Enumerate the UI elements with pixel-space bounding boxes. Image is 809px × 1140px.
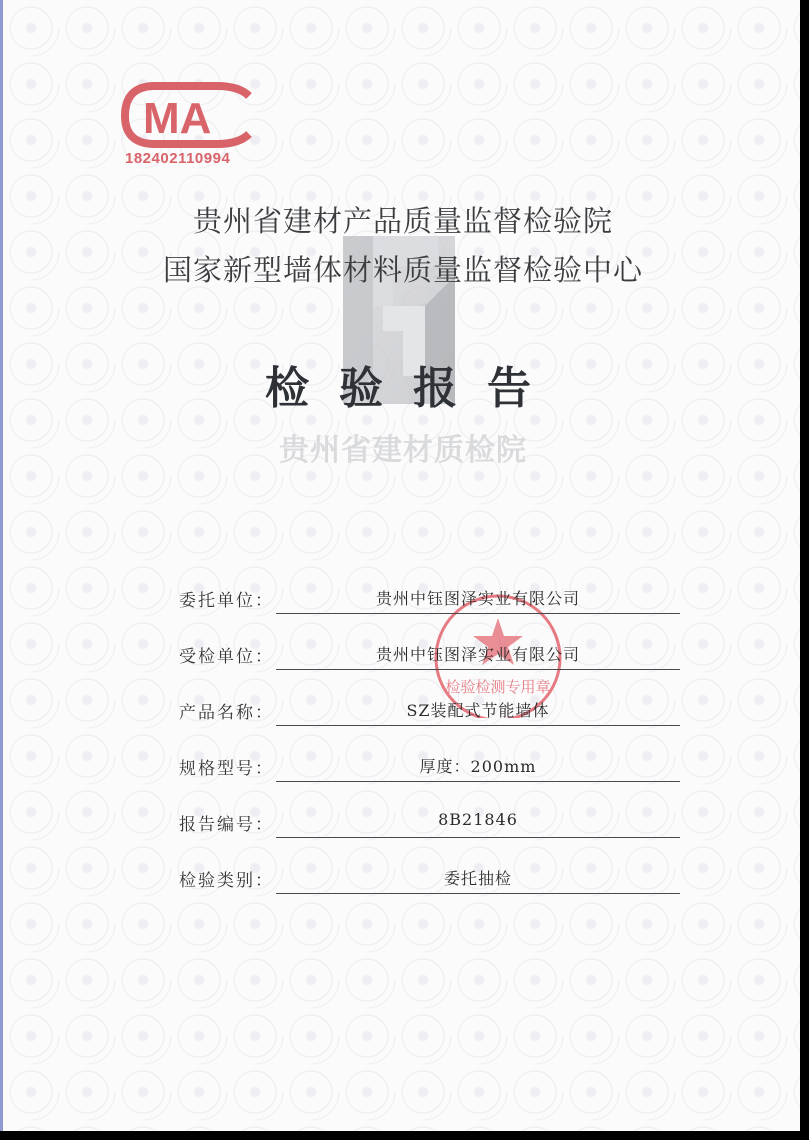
field-inspection-type: 检验类别： 委托抽检 — [179, 862, 689, 918]
field-value: SZ装配式节能墙体 — [276, 698, 680, 721]
org-name-secondary: 国家新型墙体材料质量监督检验中心 — [3, 248, 803, 289]
underline — [276, 893, 680, 894]
field-value: 委托抽检 — [276, 866, 680, 889]
field-label: 报告编号： — [179, 810, 274, 835]
field-value: 贵州中钰图泽实业有限公司 — [276, 642, 680, 665]
svg-text:MA: MA — [143, 94, 211, 143]
report-fields: 委托单位： 贵州中钰图泽实业有限公司 受检单位： 贵州中钰图泽实业有限公司 产品… — [179, 582, 689, 918]
org-name-primary: 贵州省建材产品质量监督检验院 — [3, 199, 803, 240]
field-value: 8B21846 — [276, 810, 680, 829]
underline — [276, 613, 680, 614]
underline — [276, 781, 680, 782]
field-label: 规格型号： — [179, 754, 274, 779]
underline — [276, 725, 680, 726]
field-label: 委托单位： — [179, 586, 274, 611]
report-cover-page: MA 182402110994 贵州省建材产品质量监督检验院 国家新型墙体材料质… — [0, 0, 800, 1131]
report-title: 检验报告 — [3, 352, 803, 416]
cma-number: 182402110994 — [125, 150, 230, 167]
field-specification: 规格型号： 厚度：200mm — [179, 750, 689, 806]
field-report-number: 报告编号： 8B21846 — [179, 806, 689, 862]
field-inspected-unit: 受检单位： 贵州中钰图泽实业有限公司 — [179, 638, 689, 694]
field-label: 受检单位： — [179, 642, 274, 667]
watermark-text: 贵州省建材质检院 — [3, 425, 803, 469]
underline — [276, 669, 680, 670]
field-label: 产品名称： — [179, 698, 274, 723]
field-client: 委托单位： 贵州中钰图泽实业有限公司 — [179, 582, 689, 638]
field-product-name: 产品名称： SZ装配式节能墙体 — [179, 694, 689, 750]
field-value: 贵州中钰图泽实业有限公司 — [276, 586, 680, 609]
underline — [276, 837, 680, 838]
field-label: 检验类别： — [179, 866, 274, 891]
field-value: 厚度：200mm — [276, 754, 680, 777]
